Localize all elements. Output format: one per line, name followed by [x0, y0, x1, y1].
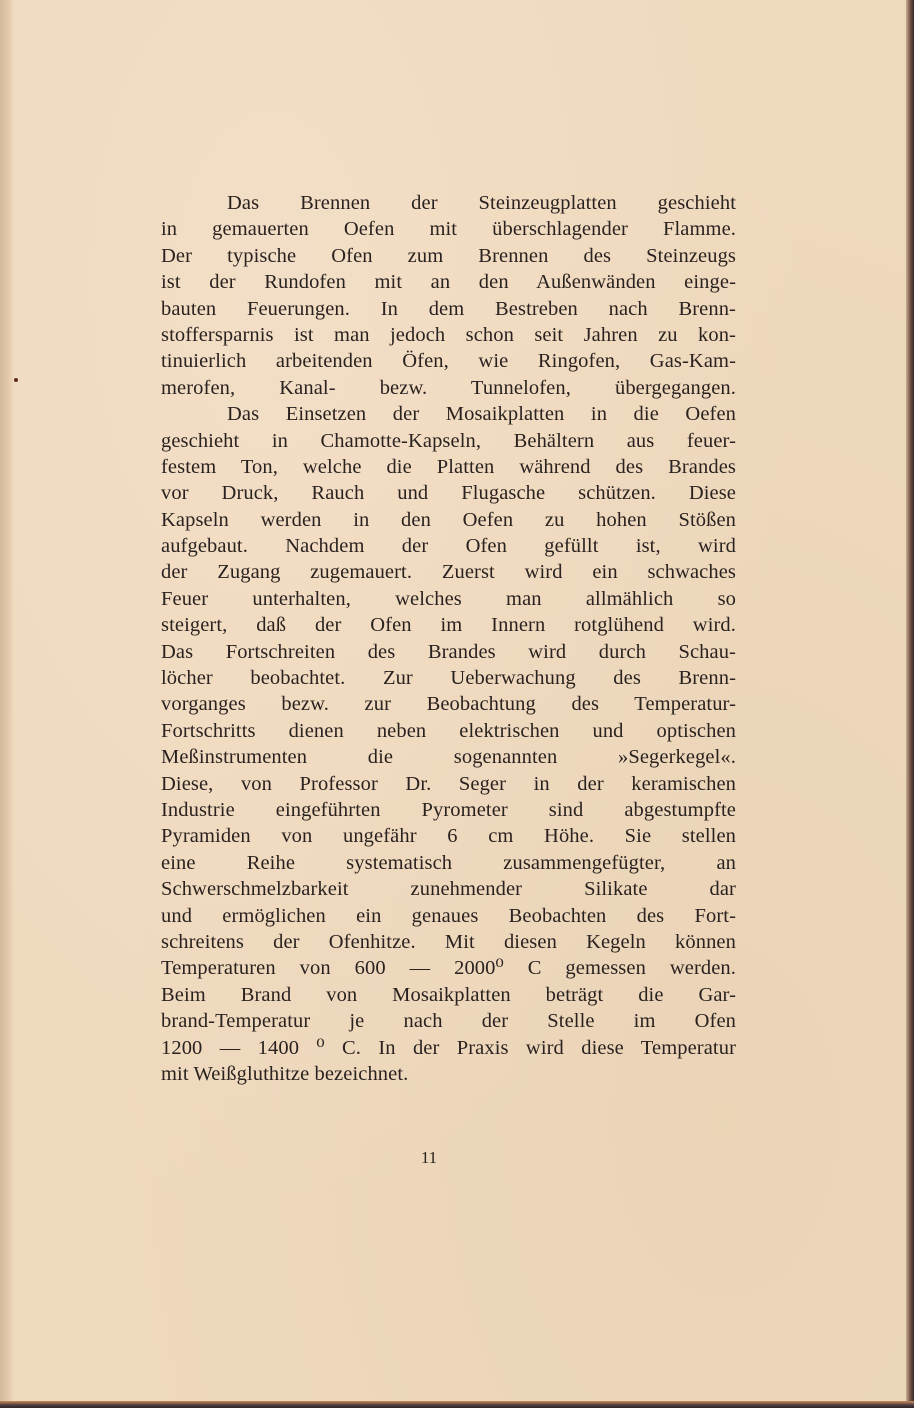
text-line: Schwerschmelzbarkeit zunehmender Silikat…: [161, 876, 736, 902]
text-line: Das Einsetzen der Mosaikplatten in die O…: [161, 401, 736, 427]
text-line: in gemauerten Oefen mit überschlagender …: [161, 216, 736, 242]
text-line: vorganges bezw. zur Beobachtung des Temp…: [161, 691, 736, 717]
page-edge-right: [906, 0, 914, 1408]
text-line: tinuierlich arbeitenden Öfen, wie Ringof…: [161, 348, 736, 374]
page-edge-bottom: [0, 1401, 914, 1408]
text-line: bauten Feuerungen. In dem Bestreben nach…: [161, 296, 736, 322]
text-line: aufgebaut. Nachdem der Ofen gefüllt ist,…: [161, 533, 736, 559]
text-line: stoffersparnis ist man jedoch schon seit…: [161, 322, 736, 348]
text-line: Feuer unterhalten, welches man allmählic…: [161, 586, 736, 612]
page-number: 11: [414, 1148, 444, 1168]
text-line: Industrie eingeführten Pyrometer sind ab…: [161, 797, 736, 823]
text-line: und ermöglichen ein genaues Beobachten d…: [161, 903, 736, 929]
paper-sheet: Das Brennen der Steinzeugplatten geschie…: [0, 0, 907, 1401]
text-line: steigert, daß der Ofen im Innern rotglüh…: [161, 612, 736, 638]
text-line: ist der Rundofen mit an den Außenwänden …: [161, 269, 736, 295]
text-line: Diese, von Professor Dr. Seger in der ke…: [161, 771, 736, 797]
text-line: merofen, Kanal- bezw. Tunnelofen, überge…: [161, 375, 736, 401]
text-line: 1200 — 1400 ⁰ C. In der Praxis wird dies…: [161, 1035, 736, 1061]
text-line: Das Brennen der Steinzeugplatten geschie…: [161, 190, 736, 216]
text-line: eine Reihe systematisch zusammengefügter…: [161, 850, 736, 876]
body-text: Das Brennen der Steinzeugplatten geschie…: [161, 190, 736, 1087]
spine-shadow: [0, 0, 14, 1401]
text-line: Meßinstrumenten die sogenannten »Segerke…: [161, 744, 736, 770]
text-line: festem Ton, welche die Platten während d…: [161, 454, 736, 480]
text-line: vor Druck, Rauch und Flugasche schützen.…: [161, 480, 736, 506]
text-line: Das Fortschreiten des Brandes wird durch…: [161, 639, 736, 665]
text-line: Pyramiden von ungefähr 6 cm Höhe. Sie st…: [161, 823, 736, 849]
ink-spot: [14, 378, 18, 382]
text-line: geschieht in Chamotte-Kapseln, Behältern…: [161, 428, 736, 454]
text-line: Der typische Ofen zum Brennen des Steinz…: [161, 243, 736, 269]
text-line: brand-Temperatur je nach der Stelle im O…: [161, 1008, 736, 1034]
scanned-book-page: Das Brennen der Steinzeugplatten geschie…: [0, 0, 914, 1408]
text-line: löcher beobachtet. Zur Ueberwachung des …: [161, 665, 736, 691]
text-line: Kapseln werden in den Oefen zu hohen Stö…: [161, 507, 736, 533]
text-line: mit Weißgluthitze bezeichnet.: [161, 1061, 736, 1087]
text-line: Beim Brand von Mosaikplatten beträgt die…: [161, 982, 736, 1008]
text-line: Temperaturen von 600 — 2000⁰ C gemessen …: [161, 955, 736, 981]
text-line: schreitens der Ofenhitze. Mit diesen Keg…: [161, 929, 736, 955]
text-line: Fortschritts dienen neben elektrischen u…: [161, 718, 736, 744]
text-line: der Zugang zugemauert. Zuerst wird ein s…: [161, 559, 736, 585]
